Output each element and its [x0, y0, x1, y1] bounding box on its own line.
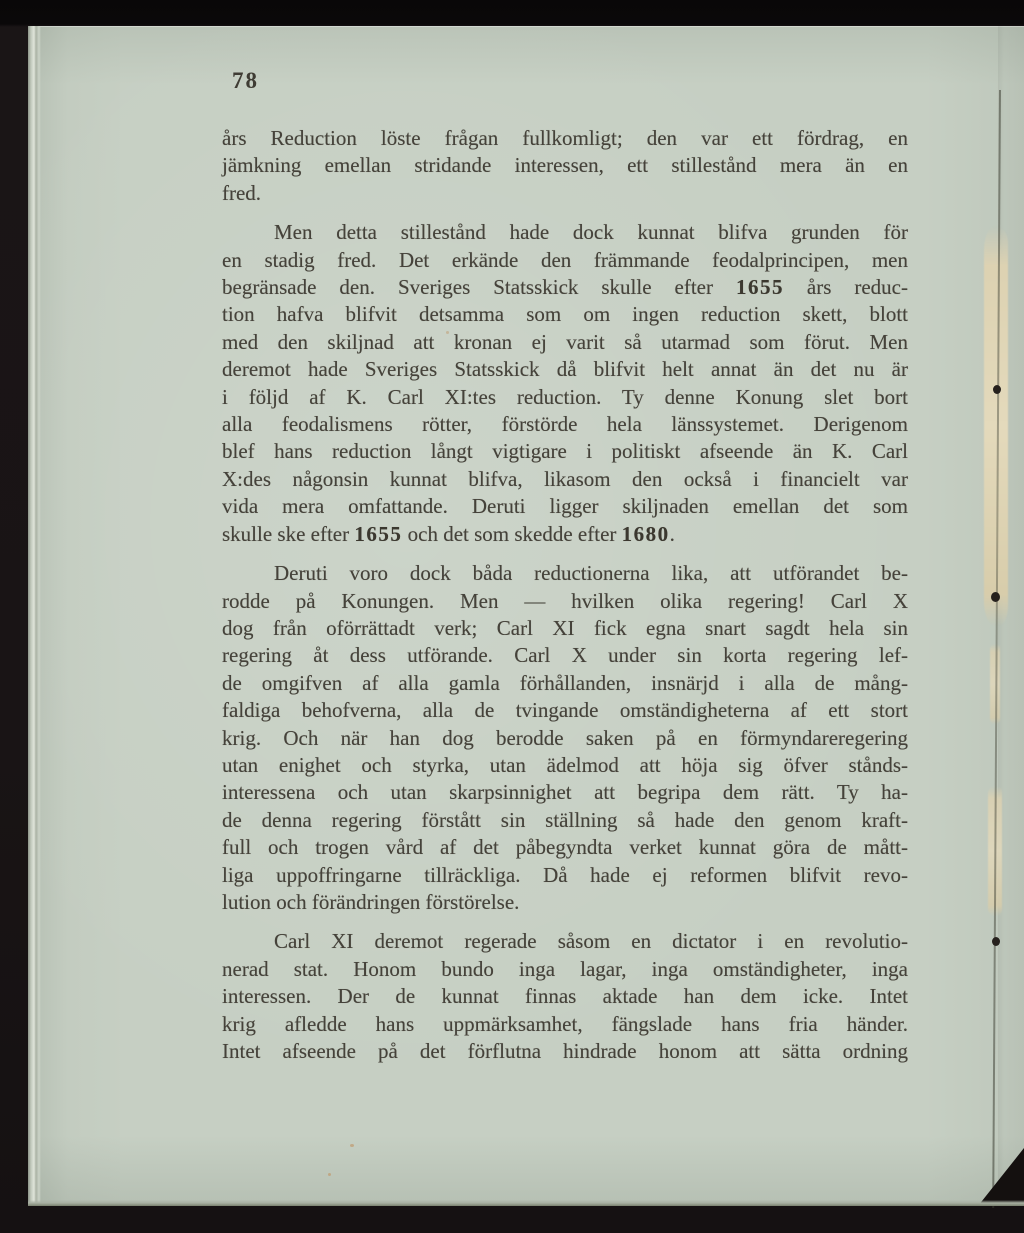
paper-speck [446, 331, 449, 334]
ink-spot [992, 937, 1000, 946]
text-line: fred. [222, 180, 908, 207]
text-line: Deruti voro dock båda reductionerna lika… [222, 560, 908, 587]
ink-spot [991, 592, 1000, 602]
text-line: Men detta stillestånd hade dock kunnat b… [222, 219, 908, 246]
text-line: med den skiljnad att kronan ej varit så … [222, 329, 908, 356]
text-line: en stadig fred. Det erkände den främmand… [222, 247, 908, 274]
year-number: 1680 [622, 522, 670, 546]
text-line: interessen. Der de kunnat finnas aktade … [222, 983, 908, 1010]
paragraph: års Reduction löste frågan fullkomligt; … [222, 125, 908, 207]
text-line: alla feodalismens rötter, förstörde hela… [222, 411, 908, 438]
text-line: Intet afseende på det förflutna hindrade… [222, 1038, 908, 1065]
text-line: de denna regering förstått sin ställning… [222, 807, 908, 834]
paragraph: Men detta stillestånd hade dock kunnat b… [222, 219, 908, 548]
text-line: rodde på Konungen. Men — hvilken olika r… [222, 588, 908, 615]
page-text-block: års Reduction löste frågan fullkomligt; … [222, 125, 908, 1077]
text-line: års Reduction löste frågan fullkomligt; … [222, 125, 908, 152]
text-line: vida mera omfattande. Deruti ligger skil… [222, 493, 908, 520]
paragraph: Carl XI deremot regerade såsom en dictat… [222, 928, 908, 1065]
paper-speck [328, 1173, 331, 1176]
ink-spot [993, 385, 1001, 394]
text-line: blef hans reduction långt vigtigare i po… [222, 438, 908, 465]
page-left-edge [28, 26, 41, 1206]
text-line: i följd af K. Carl XI:tes reduction. Ty … [222, 384, 908, 411]
text-line: regering åt dess utförande. Carl X under… [222, 642, 908, 669]
text-line: deremot hade Sveriges Statsskick då blif… [222, 356, 908, 383]
book-page: 78 års Reduction löste frågan fullkomlig… [28, 26, 1024, 1206]
text-line: interessena och utan skarpsinnighet att … [222, 779, 908, 806]
text-line: lution och förändringen förstörelse. [222, 889, 908, 916]
paragraph: Deruti voro dock båda reductionerna lika… [222, 560, 908, 916]
paper-speck [350, 1144, 354, 1147]
page-bottom-edge [28, 1200, 1024, 1206]
text-line: faldiga behofverna, alla de tvingande om… [222, 697, 908, 724]
text-line: begränsade den. Sveriges Statsskick skul… [222, 274, 908, 301]
text-line: krig afledde hans uppmärksamhet, fängsla… [222, 1011, 908, 1038]
text-line: full och trogen vård af det påbegyndta v… [222, 834, 908, 861]
scanned-book-photo: { "page": { "number": "78", "paragraphs"… [0, 0, 1024, 1233]
text-line: tion hafva blifvit detsamma som om ingen… [222, 301, 908, 328]
text-line: skulle ske efter 1655 och det som skedde… [222, 521, 908, 548]
page-number: 78 [232, 68, 259, 94]
text-line: dog från oförrättadt verk; Carl XI fick … [222, 615, 908, 642]
year-number: 1655 [354, 522, 402, 546]
text-line: krig. Och när han dog berodde saken på e… [222, 725, 908, 752]
text-line: X:des någonsin kunnat blifva, likasom de… [222, 466, 908, 493]
text-line: de omgifven af alla gamla förhållanden, … [222, 670, 908, 697]
text-line: utan enighet och styrka, utan ädelmod at… [222, 752, 908, 779]
text-line: nerad stat. Honom bundo inga lagar, inga… [222, 956, 908, 983]
text-line: Carl XI deremot regerade såsom en dictat… [222, 928, 908, 955]
text-line: jämkning emellan stridande interessen, e… [222, 152, 908, 179]
year-number: 1655 [736, 275, 784, 299]
text-line: liga uppoffringarne tillräckliga. Då had… [222, 862, 908, 889]
